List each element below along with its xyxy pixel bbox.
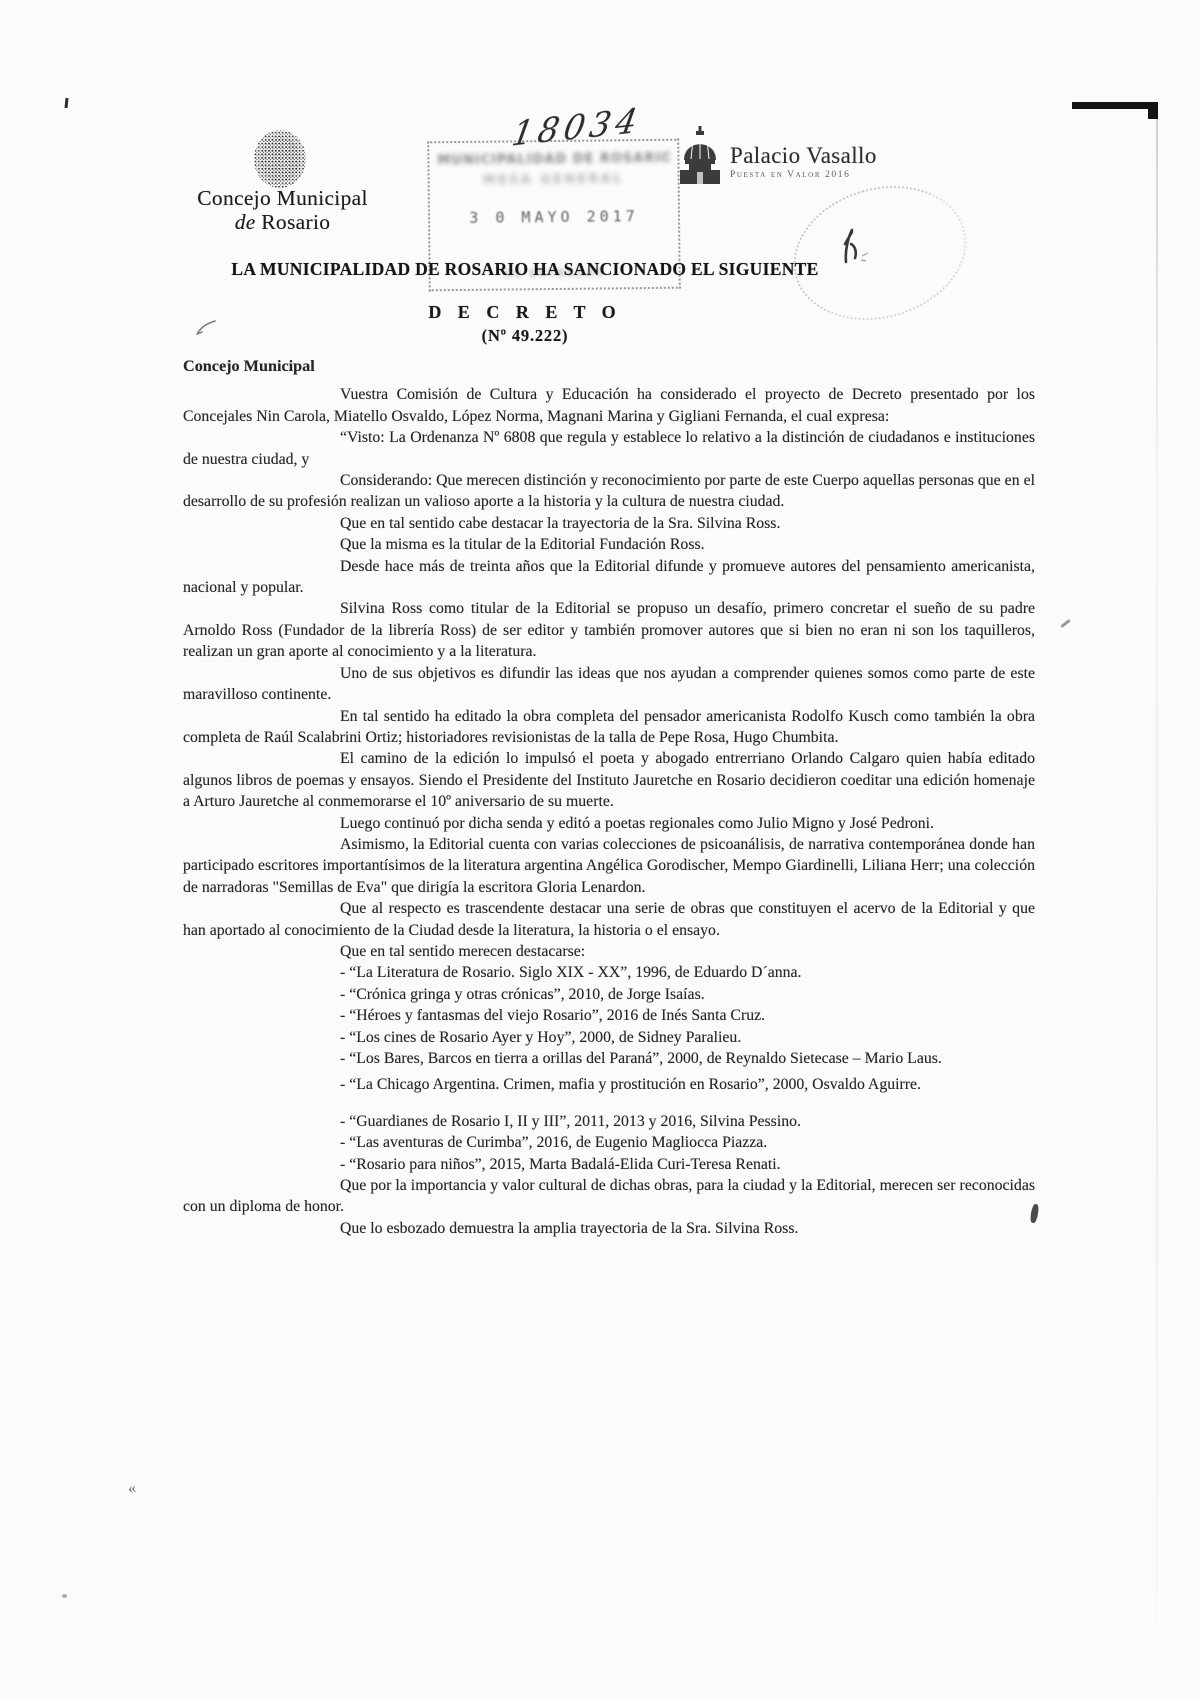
work-list-item: - “Crónica gringa y otras crónicas”, 201… (183, 984, 1035, 1005)
stray-mark: « (126, 1479, 137, 1498)
work-list-item: - “La Literatura de Rosario. Siglo XIX -… (183, 962, 1035, 983)
work-list-item: - “Las aventuras de Curimba”, 2016, de E… (183, 1132, 1035, 1153)
stamp-date: 3 0 MAYO 2017 (430, 207, 678, 228)
paragraph: Asimismo, la Editorial cuenta con varias… (183, 834, 1035, 898)
paragraph: Desde hace más de treinta años que la Ed… (183, 556, 1035, 599)
palacio-vasallo-logo: Palacio Vasallo Puesta en Valor 2016 (678, 126, 877, 190)
org-name-line2: de Rosario (160, 210, 405, 234)
paragraph: El camino de la edición lo impulsó el po… (183, 748, 1035, 812)
paragraph: Considerando: Que merecen distinción y r… (183, 470, 1035, 513)
decree-number: (Nº 49.222) (105, 326, 945, 346)
paragraph: Luego continuó por dicha senda y editó a… (183, 813, 1035, 834)
decree-heading: D E C R E T O (105, 302, 945, 323)
work-list-item: - “Guardianes de Rosario I, II y III”, 2… (183, 1111, 1035, 1132)
municipal-seal-icon (251, 128, 309, 192)
document-title: LA MUNICIPALIDAD DE ROSARIO HA SANCIONAD… (105, 259, 945, 280)
work-list-item: - “Los Bares, Barcos en tierra a orillas… (183, 1048, 1035, 1069)
palacio-text: Palacio Vasallo Puesta en Valor 2016 (730, 126, 877, 180)
paragraph: Silvina Ross como titular de la Editoria… (183, 598, 1035, 662)
palacio-name: Palacio Vasallo (730, 144, 877, 168)
scan-corner-mark (1072, 102, 1158, 109)
decree-body: Concejo Municipal Vuestra Comisión de Cu… (183, 356, 1035, 1239)
paragraph: Que la misma es la titular de la Editori… (183, 534, 1035, 555)
stamp-text-blurred: MESA GENERAL (444, 171, 664, 187)
scanned-decree-page: « Concejo Municipal de Rosario 18034 MUN… (0, 0, 1200, 1698)
ink-dash (1060, 619, 1071, 628)
work-list-item: - “Héroes y fantasmas del viejo Rosario”… (183, 1005, 1035, 1026)
paragraph: Uno de sus objetivos es difundir las ide… (183, 663, 1035, 706)
palacio-subtitle: Puesta en Valor 2016 (730, 170, 877, 180)
paragraph: Que por la importancia y valor cultural … (183, 1175, 1035, 1218)
addressee-heading: Concejo Municipal (183, 356, 1035, 377)
scan-edge-line (1156, 108, 1158, 1628)
org-name: Concejo Municipal de Rosario (160, 186, 405, 234)
dome-icon (678, 126, 722, 190)
paragraph: Vuestra Comisión de Cultura y Educación … (183, 384, 1035, 427)
work-list-item: - “La Chicago Argentina. Crimen, mafia y… (183, 1074, 1035, 1095)
paragraph: En tal sentido ha editado la obra comple… (183, 706, 1035, 749)
paragraph: Que lo esbozado demuestra la amplia tray… (183, 1218, 1035, 1239)
scan-tick-mark (64, 98, 68, 108)
paragraph: “Visto: La Ordenanza Nº 6808 que regula … (183, 427, 1035, 470)
paragraph: Que en tal sentido cabe destacar la tray… (183, 513, 1035, 534)
org-name-line1: Concejo Municipal (160, 186, 405, 210)
paragraph: Que al respecto es trascendente destacar… (183, 898, 1035, 941)
paragraph: Que en tal sentido merecen destacarse: (183, 941, 1035, 962)
work-list-item: - “Los cines de Rosario Ayer y Hoy”, 200… (183, 1027, 1035, 1048)
stamp-text-blurred: MUNICIPALIDAD DE ROSARIO (437, 151, 669, 168)
scan-tick-mark (62, 1594, 67, 1598)
work-list-item: - “Rosario para niños”, 2015, Marta Bada… (183, 1154, 1035, 1175)
